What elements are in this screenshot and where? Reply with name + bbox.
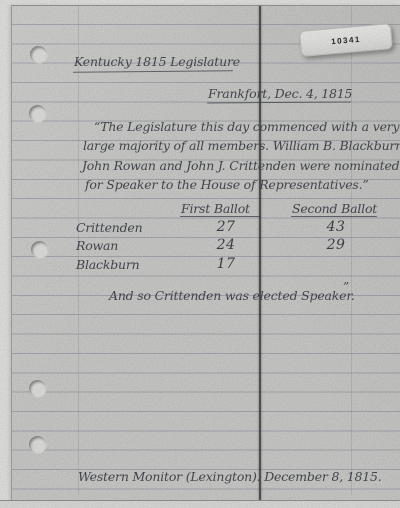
underlying-page-edge [0, 500, 400, 508]
document-scan: 10341 Kentucky 1815 Legislature Frankfor… [0, 0, 400, 508]
notebook-page: 10341 Kentucky 1815 Legislature Frankfor… [11, 5, 400, 501]
candidate-name: Crittenden [76, 220, 142, 235]
punch-hole [29, 436, 46, 453]
header-underline [291, 216, 377, 217]
quote-line: large majority of all members. William B… [83, 138, 400, 153]
quote-line: for Speaker to the House of Representati… [85, 177, 369, 192]
ballot-table-header-second: Second Ballot [292, 201, 377, 216]
punch-hole [31, 241, 48, 258]
header-underline [180, 216, 261, 217]
second-ballot-value: 43 [315, 219, 357, 235]
first-ballot-value: 17 [205, 256, 247, 272]
second-ballot-value: 29 [315, 237, 357, 253]
ballot-table-header-first: First Ballot [181, 201, 250, 216]
catalog-number: 10341 [331, 34, 361, 46]
first-ballot-value: 24 [205, 237, 247, 253]
quote-line: “The Legislature this day commenced with… [94, 119, 399, 134]
conclusion-line: And so Crittenden was elected Speaker. [109, 288, 355, 303]
doc-title: Kentucky 1815 Legislature [74, 54, 240, 69]
candidate-name: Blackburn [76, 257, 140, 272]
closing-quote-mark: ” [343, 280, 349, 294]
citation-line: Western Monitor (Lexington). December 8,… [78, 469, 382, 484]
book-spine-line [259, 6, 262, 501]
dateline: Frankfort, Dec. 4, 1815 [208, 86, 352, 101]
punch-hole [30, 46, 47, 63]
punch-hole [29, 105, 46, 122]
first-ballot-value: 27 [205, 219, 247, 235]
candidate-name: Rowan [76, 238, 118, 253]
quote-line: John Rowan and John J. Crittenden were n… [82, 158, 399, 173]
punch-hole [29, 380, 46, 397]
